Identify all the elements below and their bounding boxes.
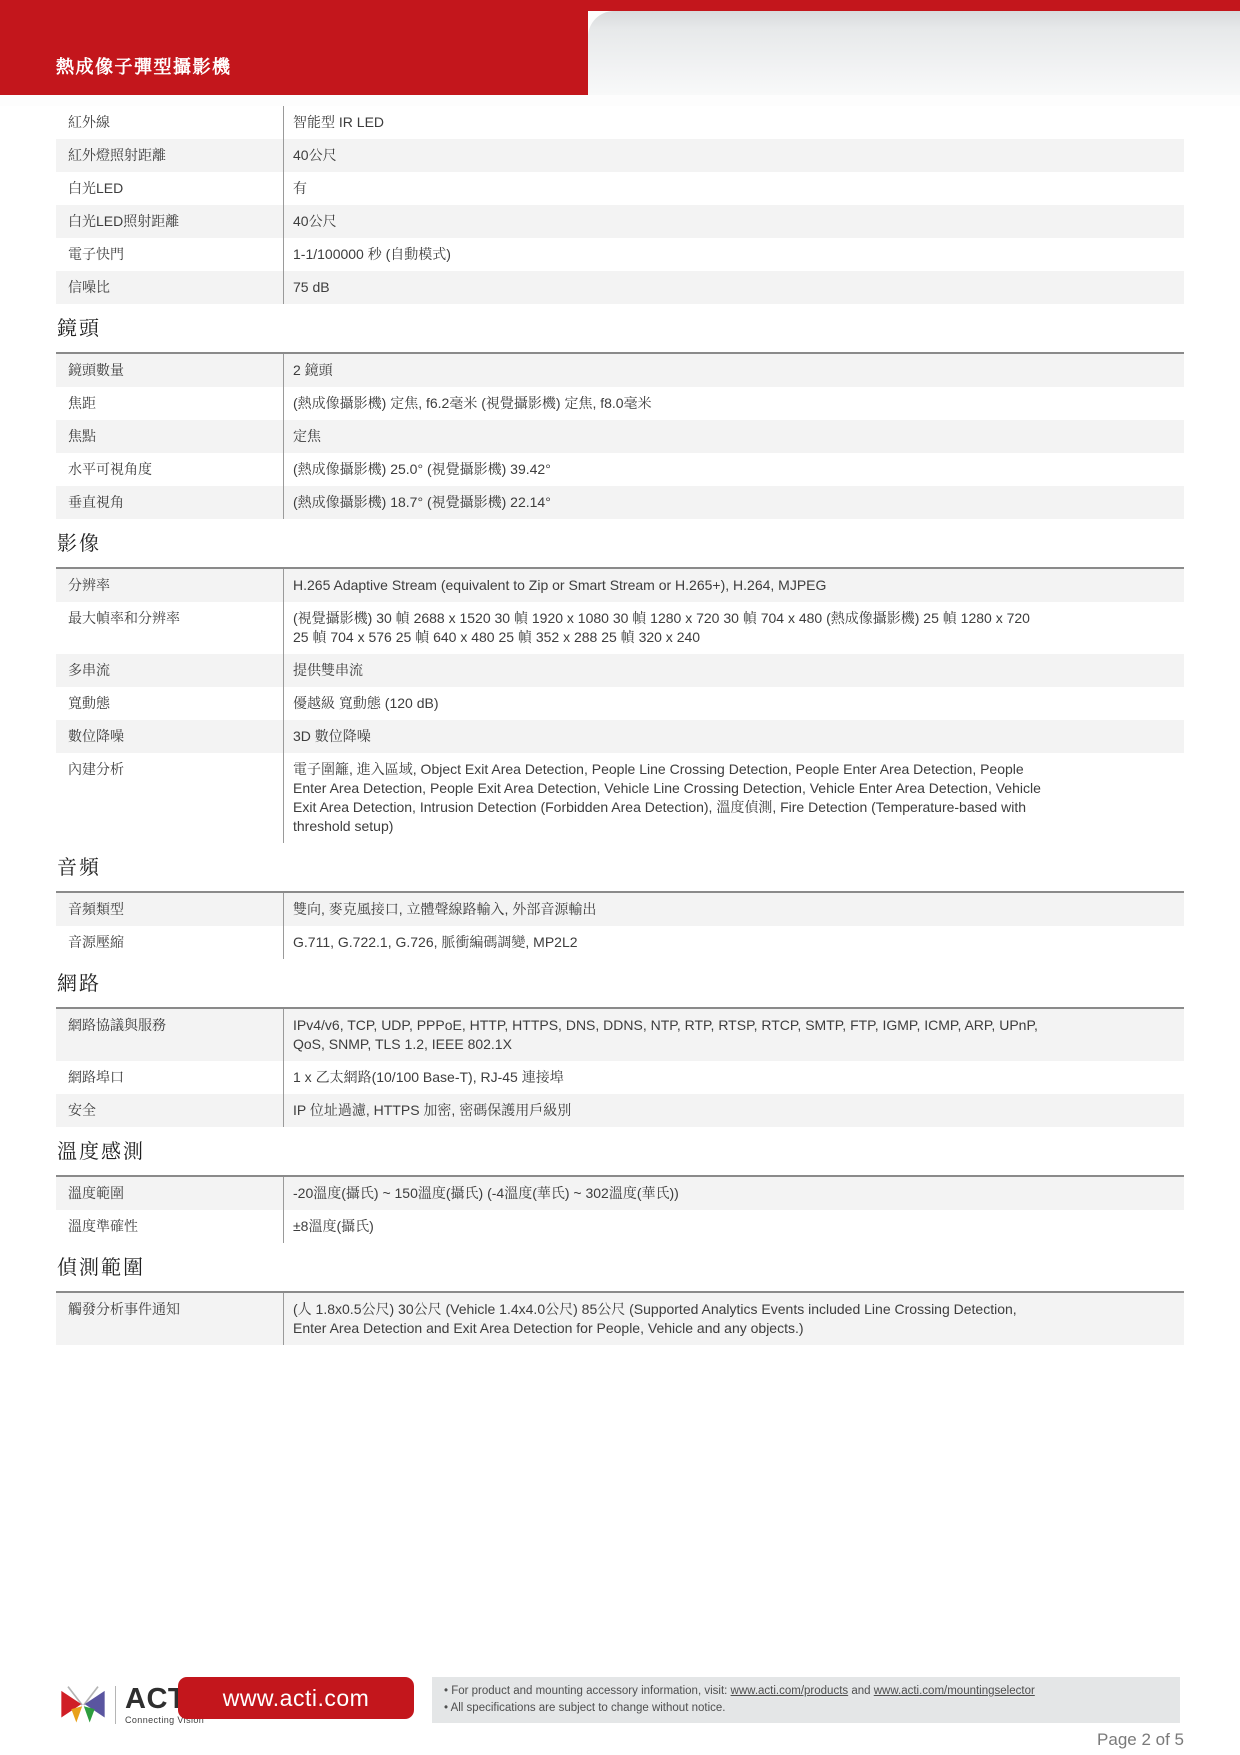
spec-table: 紅外線智能型 IR LED紅外燈照射距離40公尺白光LED有白光LED照射距離4… xyxy=(56,106,1184,304)
spec-row: 數位降噪3D 數位降噪 xyxy=(56,720,1184,753)
spec-label: 白光LED xyxy=(56,172,283,205)
footer-notes: • For product and mounting accessory inf… xyxy=(432,1677,1180,1723)
butterfly-logo-icon xyxy=(58,1680,108,1730)
spec-row: 音頻類型雙向, 麥克風接口, 立體聲線路輸入, 外部音源輸出 xyxy=(56,893,1184,926)
spec-section: 音頻音頻類型雙向, 麥克風接口, 立體聲線路輸入, 外部音源輸出音源壓縮G.71… xyxy=(56,856,1184,959)
spec-label: 垂直視角 xyxy=(56,486,283,519)
spec-label: 焦點 xyxy=(56,420,283,453)
spec-row: 分辨率H.265 Adaptive Stream (equivalent to … xyxy=(56,569,1184,602)
spec-row: 最大幀率和分辨率(視覺攝影機) 30 幀 2688 x 1520 30 幀 19… xyxy=(56,602,1184,654)
spec-label: 鏡頭數量 xyxy=(56,354,283,387)
spec-row: 多串流提供雙串流 xyxy=(56,654,1184,687)
spec-value: 1-1/100000 秒 (自動模式) xyxy=(283,238,1184,271)
note-link-products[interactable]: www.acti.com/products xyxy=(731,1685,849,1697)
spec-section: 偵測範圍觸發分析事件通知(人 1.8x0.5公尺) 30公尺 (Vehicle … xyxy=(56,1256,1184,1345)
spec-value: 優越級 寬動態 (120 dB) xyxy=(283,687,1184,720)
spec-section: 紅外線智能型 IR LED紅外燈照射距離40公尺白光LED有白光LED照射距離4… xyxy=(56,106,1184,304)
spec-value: 2 鏡頭 xyxy=(283,354,1184,387)
spec-label: 白光LED照射距離 xyxy=(56,205,283,238)
spec-row: 音源壓縮G.711, G.722.1, G.726, 脈衝編碼調變, MP2L2 xyxy=(56,926,1184,959)
spec-row: 信噪比75 dB xyxy=(56,271,1184,304)
spec-value: H.265 Adaptive Stream (equivalent to Zip… xyxy=(283,569,1184,602)
spec-row: 白光LED照射距離40公尺 xyxy=(56,205,1184,238)
header-red-banner: 熱成像子彈型攝影機 xyxy=(0,0,588,95)
spec-value: 有 xyxy=(283,172,1184,205)
spec-value: (熱成像攝影機) 25.0° (視覺攝影機) 39.42° xyxy=(283,453,1184,486)
spec-table: 溫度範圍-20溫度(攝氏) ~ 150溫度(攝氏) (-4溫度(華氏) ~ 30… xyxy=(56,1175,1184,1243)
spec-value: (熱成像攝影機) 定焦, f6.2毫米 (視覺攝影機) 定焦, f8.0毫米 xyxy=(283,387,1184,420)
spec-table: 網路協議與服務IPv4/v6, TCP, UDP, PPPoE, HTTP, H… xyxy=(56,1007,1184,1127)
spec-section: 網路網路協議與服務IPv4/v6, TCP, UDP, PPPoE, HTTP,… xyxy=(56,972,1184,1127)
spec-row: 水平可視角度(熱成像攝影機) 25.0° (視覺攝影機) 39.42° xyxy=(56,453,1184,486)
spec-section: 鏡頭鏡頭數量2 鏡頭焦距(熱成像攝影機) 定焦, f6.2毫米 (視覺攝影機) … xyxy=(56,317,1184,519)
page-title: 熱成像子彈型攝影機 xyxy=(56,53,232,79)
spec-value: 1 x 乙太網路(10/100 Base-T), RJ-45 連接埠 xyxy=(283,1061,1184,1094)
spec-label: 寬動態 xyxy=(56,687,283,720)
section-title: 網路 xyxy=(57,972,1184,996)
section-title: 偵測範圍 xyxy=(57,1256,1184,1280)
page-footer: ACTi Connecting Vision www.acti.com • Fo… xyxy=(0,1668,1240,1755)
spec-label: 電子快門 xyxy=(56,238,283,271)
spec-label: 內建分析 xyxy=(56,753,283,843)
spec-value: 雙向, 麥克風接口, 立體聲線路輸入, 外部音源輸出 xyxy=(283,893,1184,926)
spec-value: ±8溫度(攝氏) xyxy=(283,1210,1184,1243)
section-title: 鏡頭 xyxy=(57,317,1184,341)
spec-label: 觸發分析事件通知 xyxy=(56,1293,283,1345)
note-line-2: • All specifications are subject to chan… xyxy=(444,1700,1168,1717)
spec-value: -20溫度(攝氏) ~ 150溫度(攝氏) (-4溫度(華氏) ~ 302溫度(… xyxy=(283,1177,1184,1210)
spec-sections: 紅外線智能型 IR LED紅外燈照射距離40公尺白光LED有白光LED照射距離4… xyxy=(56,106,1184,1345)
spec-value: 75 dB xyxy=(283,271,1184,304)
spec-section: 影像分辨率H.265 Adaptive Stream (equivalent t… xyxy=(56,532,1184,843)
spec-value: 提供雙串流 xyxy=(283,654,1184,687)
spec-label: 網路協議與服務 xyxy=(56,1009,283,1061)
spec-value: (熱成像攝影機) 18.7° (視覺攝影機) 22.14° xyxy=(283,486,1184,519)
spec-row: 寬動態優越級 寬動態 (120 dB) xyxy=(56,687,1184,720)
spec-value: IPv4/v6, TCP, UDP, PPPoE, HTTP, HTTPS, D… xyxy=(283,1009,1184,1061)
page-header: 熱成像子彈型攝影機 xyxy=(0,0,1240,106)
spec-label: 信噪比 xyxy=(56,271,283,304)
spec-table: 分辨率H.265 Adaptive Stream (equivalent to … xyxy=(56,567,1184,843)
spec-value: 40公尺 xyxy=(283,205,1184,238)
spec-row: 內建分析電子圍籬, 進入區域, Object Exit Area Detecti… xyxy=(56,753,1184,843)
spec-row: 紅外線智能型 IR LED xyxy=(56,106,1184,139)
website-button[interactable]: www.acti.com xyxy=(178,1677,414,1719)
spec-row: 垂直視角(熱成像攝影機) 18.7° (視覺攝影機) 22.14° xyxy=(56,486,1184,519)
spec-row: 安全IP 位址過濾, HTTPS 加密, 密碼保護用戶級別 xyxy=(56,1094,1184,1127)
spec-row: 溫度範圍-20溫度(攝氏) ~ 150溫度(攝氏) (-4溫度(華氏) ~ 30… xyxy=(56,1177,1184,1210)
spec-row: 紅外燈照射距離40公尺 xyxy=(56,139,1184,172)
spec-label: 音源壓縮 xyxy=(56,926,283,959)
spec-table: 觸發分析事件通知(人 1.8x0.5公尺) 30公尺 (Vehicle 1.4x… xyxy=(56,1291,1184,1345)
spec-label: 溫度範圍 xyxy=(56,1177,283,1210)
spec-label: 安全 xyxy=(56,1094,283,1127)
spec-value: 3D 數位降噪 xyxy=(283,720,1184,753)
spec-label: 最大幀率和分辨率 xyxy=(56,602,283,654)
spec-label: 多串流 xyxy=(56,654,283,687)
spec-row: 白光LED有 xyxy=(56,172,1184,205)
note1-middle: and xyxy=(848,1685,874,1697)
spec-row: 觸發分析事件通知(人 1.8x0.5公尺) 30公尺 (Vehicle 1.4x… xyxy=(56,1293,1184,1345)
spec-row: 網路埠口1 x 乙太網路(10/100 Base-T), RJ-45 連接埠 xyxy=(56,1061,1184,1094)
note-link-mountingselector[interactable]: www.acti.com/mountingselector xyxy=(874,1685,1035,1697)
spec-section: 溫度感測溫度範圍-20溫度(攝氏) ~ 150溫度(攝氏) (-4溫度(華氏) … xyxy=(56,1140,1184,1243)
spec-value: 40公尺 xyxy=(283,139,1184,172)
spec-row: 溫度準確性±8溫度(攝氏) xyxy=(56,1210,1184,1243)
spec-label: 水平可視角度 xyxy=(56,453,283,486)
spec-label: 焦距 xyxy=(56,387,283,420)
spec-row: 焦點定焦 xyxy=(56,420,1184,453)
note1-prefix: • For product and mounting accessory inf… xyxy=(444,1685,731,1697)
spec-value: G.711, G.722.1, G.726, 脈衝編碼調變, MP2L2 xyxy=(283,926,1184,959)
note-line-1: • For product and mounting accessory inf… xyxy=(444,1683,1168,1700)
spec-value: 智能型 IR LED xyxy=(283,106,1184,139)
spec-label: 網路埠口 xyxy=(56,1061,283,1094)
section-title: 音頻 xyxy=(57,856,1184,880)
header-gray-panel xyxy=(588,11,1240,95)
spec-value: (人 1.8x0.5公尺) 30公尺 (Vehicle 1.4x4.0公尺) 8… xyxy=(283,1293,1184,1345)
spec-label: 音頻類型 xyxy=(56,893,283,926)
page-indicator: Page 2 of 5 xyxy=(1097,1730,1184,1750)
section-title: 溫度感測 xyxy=(57,1140,1184,1164)
spec-row: 鏡頭數量2 鏡頭 xyxy=(56,354,1184,387)
spec-value: 定焦 xyxy=(283,420,1184,453)
section-title: 影像 xyxy=(57,532,1184,556)
logo-divider xyxy=(115,1686,116,1724)
spec-value: IP 位址過濾, HTTPS 加密, 密碼保護用戶級別 xyxy=(283,1094,1184,1127)
spec-value: 電子圍籬, 進入區域, Object Exit Area Detection, … xyxy=(283,753,1184,843)
spec-label: 溫度準確性 xyxy=(56,1210,283,1243)
spec-value: (視覺攝影機) 30 幀 2688 x 1520 30 幀 1920 x 108… xyxy=(283,602,1184,654)
spec-row: 焦距(熱成像攝影機) 定焦, f6.2毫米 (視覺攝影機) 定焦, f8.0毫米 xyxy=(56,387,1184,420)
spec-label: 數位降噪 xyxy=(56,720,283,753)
spec-label: 分辨率 xyxy=(56,569,283,602)
spec-table: 音頻類型雙向, 麥克風接口, 立體聲線路輸入, 外部音源輸出音源壓縮G.711,… xyxy=(56,891,1184,959)
spec-label: 紅外線 xyxy=(56,106,283,139)
spec-row: 網路協議與服務IPv4/v6, TCP, UDP, PPPoE, HTTP, H… xyxy=(56,1009,1184,1061)
spec-table: 鏡頭數量2 鏡頭焦距(熱成像攝影機) 定焦, f6.2毫米 (視覺攝影機) 定焦… xyxy=(56,352,1184,519)
spec-label: 紅外燈照射距離 xyxy=(56,139,283,172)
spec-row: 電子快門1-1/100000 秒 (自動模式) xyxy=(56,238,1184,271)
